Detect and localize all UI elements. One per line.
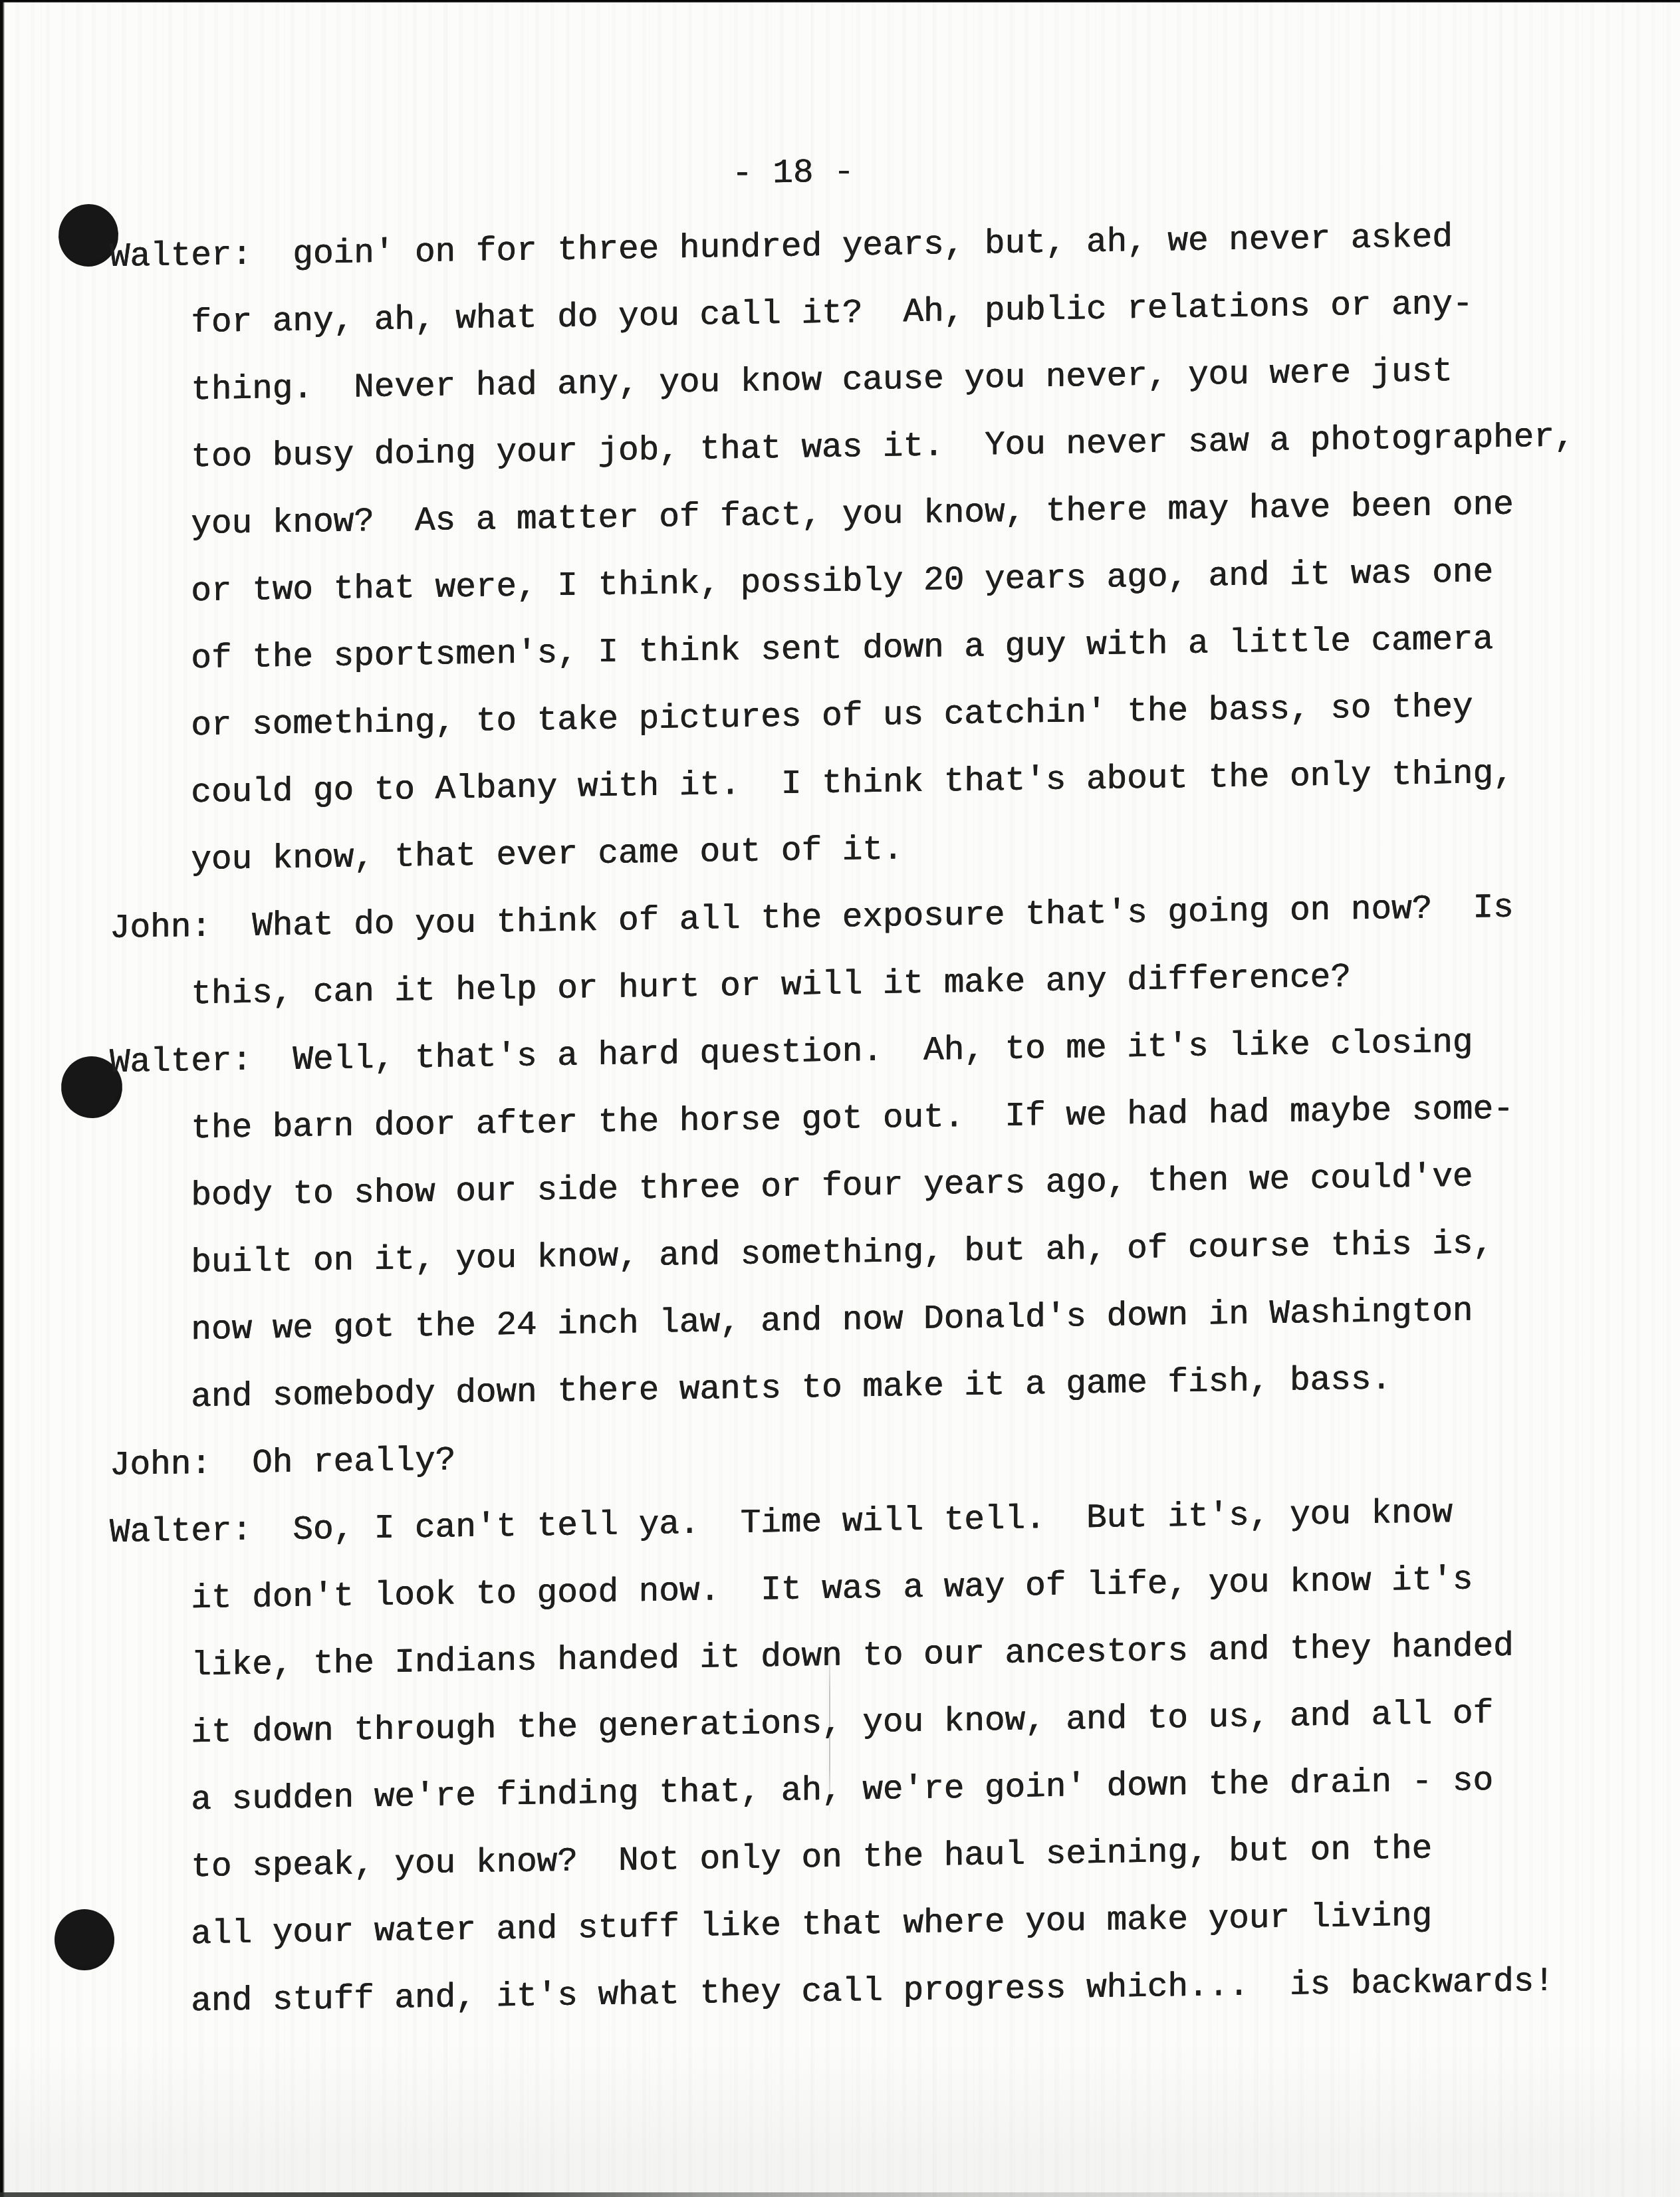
transcript-lines: Walter: goin' on for three hundred years… xyxy=(110,201,1625,2037)
scan-edge-left xyxy=(0,0,5,2197)
scan-edge-bottom xyxy=(0,2192,1680,2197)
typed-text-block: - 18 - Walter: goin' on for three hundre… xyxy=(110,201,1625,2037)
page-number: - 18 - xyxy=(110,130,1477,217)
hole-punch-mark xyxy=(55,1909,114,1970)
scanned-page: - 18 - Walter: goin' on for three hundre… xyxy=(0,0,1680,2197)
scan-edge-top xyxy=(0,0,1680,3)
